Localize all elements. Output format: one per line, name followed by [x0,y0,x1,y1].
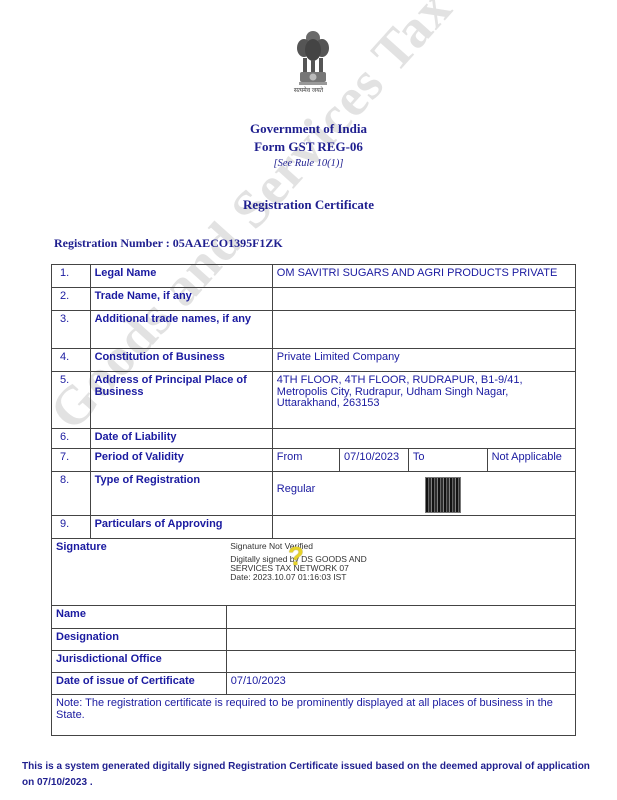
issue-date-label: Date of issue of Certificate [52,673,227,695]
row-number: 5. [52,372,91,429]
qr-code-icon [425,477,461,513]
signature-date: Date: 2023.10.07 01:16:03 IST [230,573,571,582]
approving-value [272,516,575,539]
table-row: Jurisdictional Office [52,651,576,673]
signature-row: Signature Signature Not Verified Digital… [52,539,576,606]
table-row: 5. Address of Principal Place of Busines… [52,372,576,429]
header-government: Government of India [0,121,617,137]
registration-type-cell: Regular [272,472,575,516]
address-value: 4TH FLOOR, 4TH FLOOR, RUDRAPUR, B1-9/41,… [272,372,575,429]
page-title: Registration Certificate [0,197,617,213]
issue-date-value: 07/10/2023 [226,673,575,695]
designation-label: Designation [52,629,227,651]
table-row: Name [52,606,576,629]
validity-to-label: To [408,449,487,472]
jurisdictional-office-label: Jurisdictional Office [52,651,227,673]
row-label: Constitution of Business [90,349,272,372]
note-text: Note: The registration certificate is re… [52,695,576,736]
registration-type-value: Regular [277,484,316,496]
officer-name-label: Name [52,606,227,629]
details-table: 1. Legal Name OM SAVITRI SUGARS AND AGRI… [51,264,576,539]
table-row: Date of issue of Certificate 07/10/2023 [52,673,576,695]
row-number: 6. [52,429,91,449]
emblem-caption: सत्यमेव जयते [0,86,617,94]
designation-value [226,629,575,651]
table-row: 9. Particulars of Approving [52,516,576,539]
row-label: Date of Liability [90,429,272,449]
table-row: 3. Additional trade names, if any [52,311,576,349]
row-label: Trade Name, if any [90,288,272,311]
constitution-value: Private Limited Company [272,349,575,372]
row-label: Address of Principal Place of Business [90,372,272,429]
table-row: Designation [52,629,576,651]
date-of-liability-value [272,429,575,449]
row-number: 1. [52,265,91,288]
row-label: Additional trade names, if any [90,311,272,349]
table-row: 2. Trade Name, if any [52,288,576,311]
row-number: 2. [52,288,91,311]
table-row: 7. Period of Validity From 07/10/2023 To… [52,449,576,472]
additional-trade-names-value [272,311,575,349]
row-number: 7. [52,449,91,472]
row-number: 8. [52,472,91,516]
registration-number-value: 05AAECO1395F1ZK [173,236,283,250]
row-number: 4. [52,349,91,372]
registration-number-label: Registration Number : [54,236,170,250]
registration-number: Registration Number : 05AAECO1395F1ZK [54,236,283,251]
row-label: Period of Validity [90,449,272,472]
signature-table: Signature Signature Not Verified Digital… [51,538,576,736]
row-label: Legal Name [90,265,272,288]
signature-block[interactable]: Signature Not Verified Digitally signed … [226,539,575,606]
legal-name-value: OM SAVITRI SUGARS AND AGRI PRODUCTS PRIV… [272,265,575,288]
row-number: 9. [52,516,91,539]
row-label: Type of Registration [90,472,272,516]
officer-name-value [226,606,575,629]
table-row: 6. Date of Liability [52,429,576,449]
trade-name-value [272,288,575,311]
table-row: 4. Constitution of Business Private Limi… [52,349,576,372]
footer-text: This is a system generated digitally sig… [22,759,602,791]
table-row: 8. Type of Registration Regular [52,472,576,516]
row-label: Particulars of Approving [90,516,272,539]
jurisdictional-office-value [226,651,575,673]
signature-label: Signature [52,539,227,606]
header-form: Form GST REG-06 [0,139,617,155]
validity-from-label: From [272,449,339,472]
row-number: 3. [52,311,91,349]
validity-to-value: Not Applicable [487,449,575,472]
validity-from-value: 07/10/2023 [340,449,409,472]
signature-status: Signature Not Verified [230,542,571,551]
question-mark-icon[interactable]: ? [288,543,304,569]
table-row: Note: The registration certificate is re… [52,695,576,736]
table-row: 1. Legal Name OM SAVITRI SUGARS AND AGRI… [52,265,576,288]
header-rule: [See Rule 10(1)] [0,158,617,169]
